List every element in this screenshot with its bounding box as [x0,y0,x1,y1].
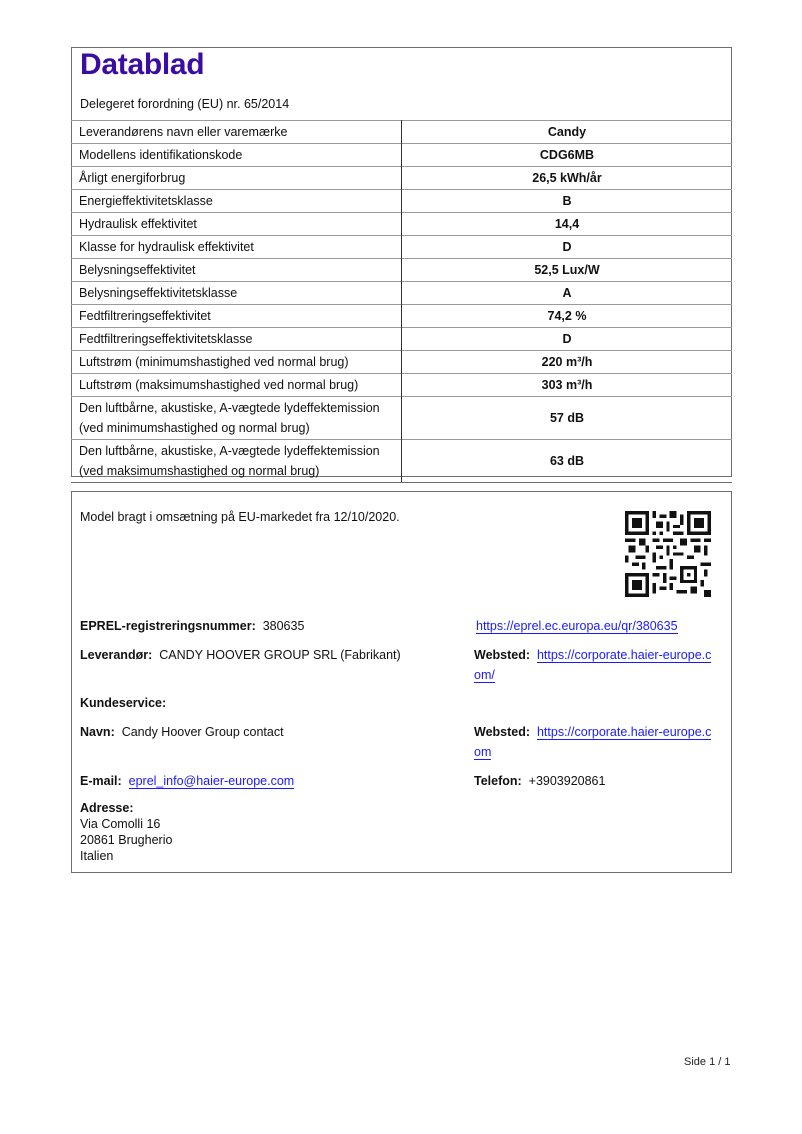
phone-label: Telefon: [474,774,522,788]
eprel-link-row: https://eprel.ec.europa.eu/qr/380635 [476,616,678,636]
spec-value: 63 dB [402,440,733,483]
spec-label: Leverandørens navn eller varemærke [71,121,402,144]
cs-website-row: Websted: https://corporate.haier-europe.… [474,722,711,742]
name-label: Navn: [80,725,115,739]
market-date-text: Model bragt i omsætning på EU-markedet f… [80,507,400,527]
spec-label-line: Den luftbårne, akustiske, A-vægtede lyde… [79,398,393,418]
address-block: Adresse: Via Comolli 16 20861 Brugherio … [80,800,172,864]
spec-label-line: Den luftbårne, akustiske, A-vægtede lyde… [79,441,393,461]
spec-label: Luftstrøm (maksimumshastighed ved normal… [71,374,402,397]
table-row: BelysningseffektivitetsklasseA [71,282,732,305]
spec-label: Belysningseffektivitet [71,259,402,282]
spec-value: B [402,190,733,213]
spec-label: Hydraulisk effektivitet [71,213,402,236]
cs-website-link[interactable]: https://corporate.haier-europe.c [537,725,711,740]
spec-label: Belysningseffektivitetsklasse [71,282,402,305]
table-row: FedtfiltreringseffektivitetsklasseD [71,328,732,351]
table-row: Klasse for hydraulisk effektivitetD [71,236,732,259]
website-label: Websted: [474,648,530,662]
supplier-info-panel: Model bragt i omsætning på EU-markedet f… [71,491,732,873]
spec-value: 52,5 Lux/W [402,259,733,282]
phone-row: Telefon: +3903920861 [474,771,605,791]
spec-value: CDG6MB [402,144,733,167]
supplier-website-row: Websted: https://corporate.haier-europe.… [474,645,711,665]
spec-label-line: (ved maksimumshastighed og normal brug) [79,461,393,481]
supplier-label: Leverandør: [80,648,152,662]
contact-name-row: Navn: Candy Hoover Group contact [80,722,284,742]
regulation-subtitle: Delegeret forordning (EU) nr. 65/2014 [80,97,289,111]
address-label: Adresse: [80,801,134,815]
address-line: 20861 Brugherio [80,832,172,848]
supplier-website-link-cont[interactable]: om/ [474,668,495,683]
spec-value: 57 dB [402,397,733,440]
name-value: Candy Hoover Group contact [122,725,284,739]
table-row: Den luftbårne, akustiske, A-vægtede lyde… [71,397,732,440]
email-label: E-mail: [80,774,122,788]
table-row: Årligt energiforbrug26,5 kWh/år [71,167,732,190]
page-title: Datablad [80,48,204,82]
table-row: Fedtfiltreringseffektivitet74,2 % [71,305,732,328]
eprel-link[interactable]: https://eprel.ec.europa.eu/qr/380635 [476,619,678,634]
spec-value: 303 m³/h [402,374,733,397]
spec-value: Candy [402,121,733,144]
table-row: Modellens identifikationskodeCDG6MB [71,144,732,167]
spec-label: Fedtfiltreringseffektivitetsklasse [71,328,402,351]
qr-code-icon[interactable] [625,511,711,597]
address-line: Italien [80,848,172,864]
spec-label: Energieffektivitetsklasse [71,190,402,213]
table-row: Hydraulisk effektivitet14,4 [71,213,732,236]
address-line: Via Comolli 16 [80,816,172,832]
spec-value: D [402,236,733,259]
eprel-number: 380635 [263,619,305,633]
spec-label: Fedtfiltreringseffektivitet [71,305,402,328]
spec-label: Klasse for hydraulisk effektivitet [71,236,402,259]
cs-website-link-cont[interactable]: om [474,745,491,760]
cs-website-row-cont: om [474,742,491,762]
spec-label: Årligt energiforbrug [71,167,402,190]
supplier-row: Leverandør: CANDY HOOVER GROUP SRL (Fabr… [80,645,401,665]
page-number: Side 1 / 1 [684,1056,730,1068]
email-row: E-mail: eprel_info@haier-europe.com [80,771,294,791]
table-row: Luftstrøm (minimumshastighed ved normal … [71,351,732,374]
spec-value: 26,5 kWh/år [402,167,733,190]
spec-value: 14,4 [402,213,733,236]
website-label: Websted: [474,725,530,739]
eprel-label: EPREL-registreringsnummer: [80,619,256,633]
specs-table: Leverandørens navn eller varemærkeCandy … [71,120,732,483]
customer-service-label: Kundeservice: [80,696,166,710]
table-row: EnergieffektivitetsklasseB [71,190,732,213]
spec-value: 74,2 % [402,305,733,328]
spec-value: 220 m³/h [402,351,733,374]
eprel-row: EPREL-registreringsnummer: 380635 [80,616,304,636]
supplier-website-row-cont: om/ [474,665,495,685]
customer-service-heading: Kundeservice: [80,693,166,713]
spec-label: Luftstrøm (minimumshastighed ved normal … [71,351,402,374]
supplier-value: CANDY HOOVER GROUP SRL (Fabrikant) [159,648,401,662]
email-link[interactable]: eprel_info@haier-europe.com [129,774,295,789]
table-row: Leverandørens navn eller varemærkeCandy [71,121,732,144]
spec-label: Den luftbårne, akustiske, A-vægtede lyde… [71,440,402,483]
table-row: Luftstrøm (maksimumshastighed ved normal… [71,374,732,397]
spec-value: A [402,282,733,305]
table-row: Den luftbårne, akustiske, A-vægtede lyde… [71,440,732,483]
supplier-website-link[interactable]: https://corporate.haier-europe.c [537,648,711,663]
table-row: Belysningseffektivitet52,5 Lux/W [71,259,732,282]
spec-label-line: (ved minimumshastighed og normal brug) [79,418,393,438]
spec-label: Modellens identifikationskode [71,144,402,167]
spec-label: Den luftbårne, akustiske, A-vægtede lyde… [71,397,402,440]
phone-value: +3903920861 [529,774,606,788]
spec-value: D [402,328,733,351]
